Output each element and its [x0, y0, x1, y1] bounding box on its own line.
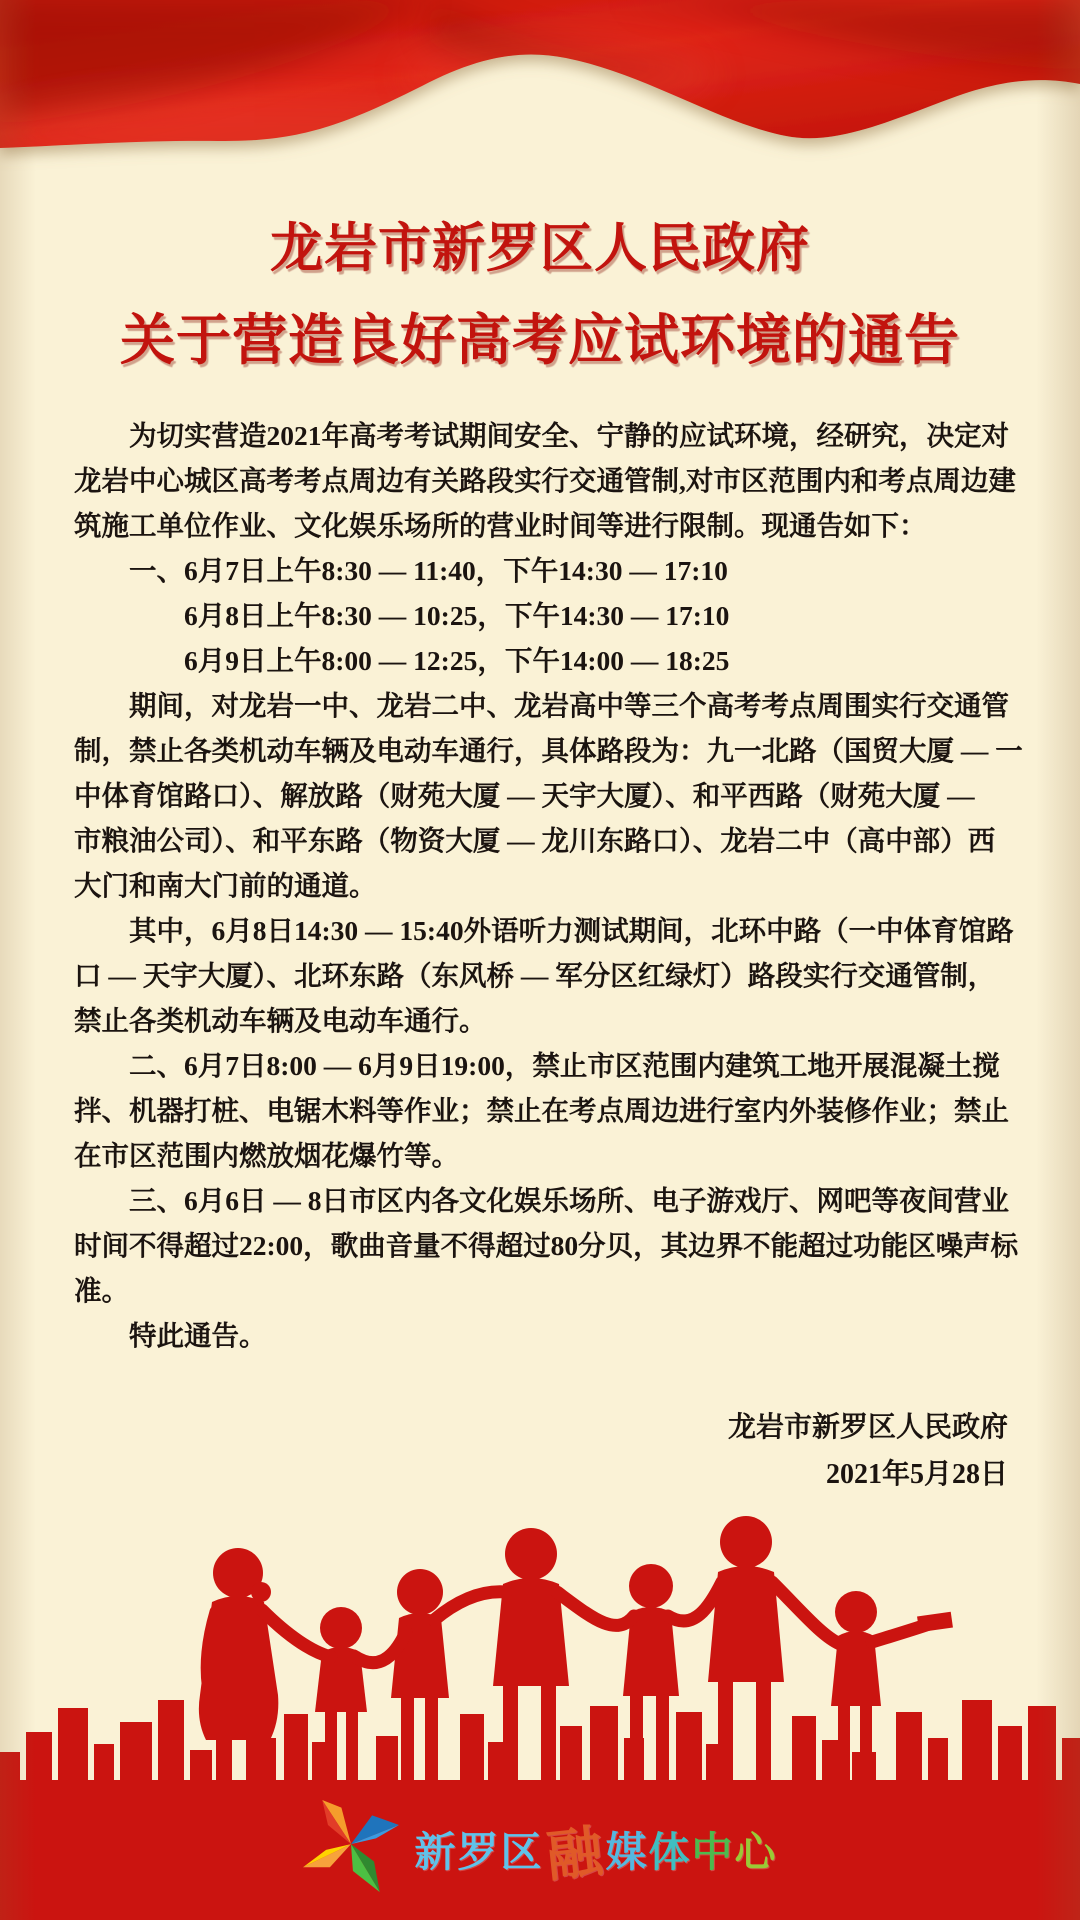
notice-line: 6月8日上午8:30 — 10:25，下午14:30 — 17:10 [74, 593, 1016, 638]
notice-line: 为切实营造2021年高考考试期间安全、宁静的应试环境，经研究，决定对 [74, 413, 1016, 458]
notice-line: 中体育馆路口）、解放路（财苑大厦 — 天宇大厦）、和平西路（财苑大厦 — [74, 773, 1016, 818]
signature-date: 2021年5月28日 [728, 1451, 1008, 1498]
notice-line: 市粮油公司）、和平东路（物资大厦 — 龙川东路口）、龙岩二中（高中部）西 [74, 818, 1016, 863]
notice-poster: 龙岩市新罗区人民政府 关于营造良好高考应试环境的通告 为切实营造2021年高考考… [0, 0, 1080, 1920]
notice-line: 在市区范围内燃放烟花爆竹等。 [74, 1133, 1016, 1178]
notice-line: 拌、机器打桩、电锯木料等作业；禁止在考点周边进行室内外装修作业；禁止 [74, 1088, 1016, 1133]
notice-line: 特此通告。 [74, 1313, 1016, 1358]
notice-line: 期间，对龙岩一中、龙岩二中、龙岩高中等三个高考考点周围实行交通管 [74, 683, 1016, 728]
notice-line: 大门和南大门前的通道。 [74, 863, 1016, 908]
notice-line: 龙岩中心城区高考考点周边有关路段实行交通管制,对市区范围内和考点周边建 [74, 458, 1016, 503]
notice-line: 筑施工单位作业、文化娱乐场所的营业时间等进行限制。现通告如下： [74, 503, 1016, 548]
notice-line: 口 — 天宇大厦）、北环东路（东风桥 — 军分区红绿灯）路段实行交通管制， [74, 953, 1016, 998]
notice-line: 禁止各类机动车辆及电动车通行。 [74, 998, 1016, 1043]
media-center-name: 新罗区融媒体中心 [415, 1808, 778, 1888]
brand-char: 媒 [606, 1819, 649, 1878]
brand-char: 中 [692, 1819, 735, 1878]
linked-arms [207, 1582, 932, 1704]
notice-line: 二、6月7日8:00 — 6月9日19:00，禁止市区范围内建筑工地开展混凝土搅 [74, 1043, 1016, 1088]
signature-block: 龙岩市新罗区人民政府 2021年5月28日 [728, 1404, 1008, 1498]
pinwheel-icon [303, 1799, 399, 1897]
notice-line: 其中，6月8日14:30 — 15:40外语听力测试期间，北环中路（一中体育馆路 [74, 908, 1016, 953]
notice-body: 为切实营造2021年高考考试期间安全、宁静的应试环境，经研究，决定对龙岩中心城区… [74, 413, 1016, 1358]
notice-line: 6月9日上午8:00 — 12:25，下午14:00 — 18:25 [74, 638, 1016, 683]
notice-line: 时间不得超过22:00，歌曲音量不得超过80分贝，其边界不能超过功能区噪声标 [74, 1223, 1016, 1268]
page-title-org: 龙岩市新罗区人民政府 [0, 206, 1080, 282]
media-center-logo: 新罗区融媒体中心 [0, 1793, 1080, 1903]
brand-char: 新 [415, 1819, 458, 1878]
notice-line: 三、6月6日 — 8日市区内各文化娱乐场所、电子游戏厅、网吧等夜间营业 [74, 1178, 1016, 1223]
page-title-subject: 关于营造良好高考应试环境的通告 [0, 296, 1080, 375]
skyline-buildings [0, 1700, 1080, 1792]
notice-line: 制，禁止各类机动车辆及电动车通行，具体路段为：九一北路（国贸大厦 — 一 [74, 728, 1016, 773]
signature-org: 龙岩市新罗区人民政府 [728, 1404, 1008, 1451]
brand-char: 体 [649, 1819, 692, 1878]
brand-char: 融 [542, 1807, 608, 1893]
brand-char: 罗 [458, 1819, 501, 1878]
notice-line: 准。 [74, 1268, 1016, 1313]
brand-char: 区 [501, 1819, 544, 1878]
brand-char: 心 [735, 1819, 778, 1878]
notice-line: 一、6月7日上午8:30 — 11:40，下午14:30 — 17:10 [74, 548, 1016, 593]
